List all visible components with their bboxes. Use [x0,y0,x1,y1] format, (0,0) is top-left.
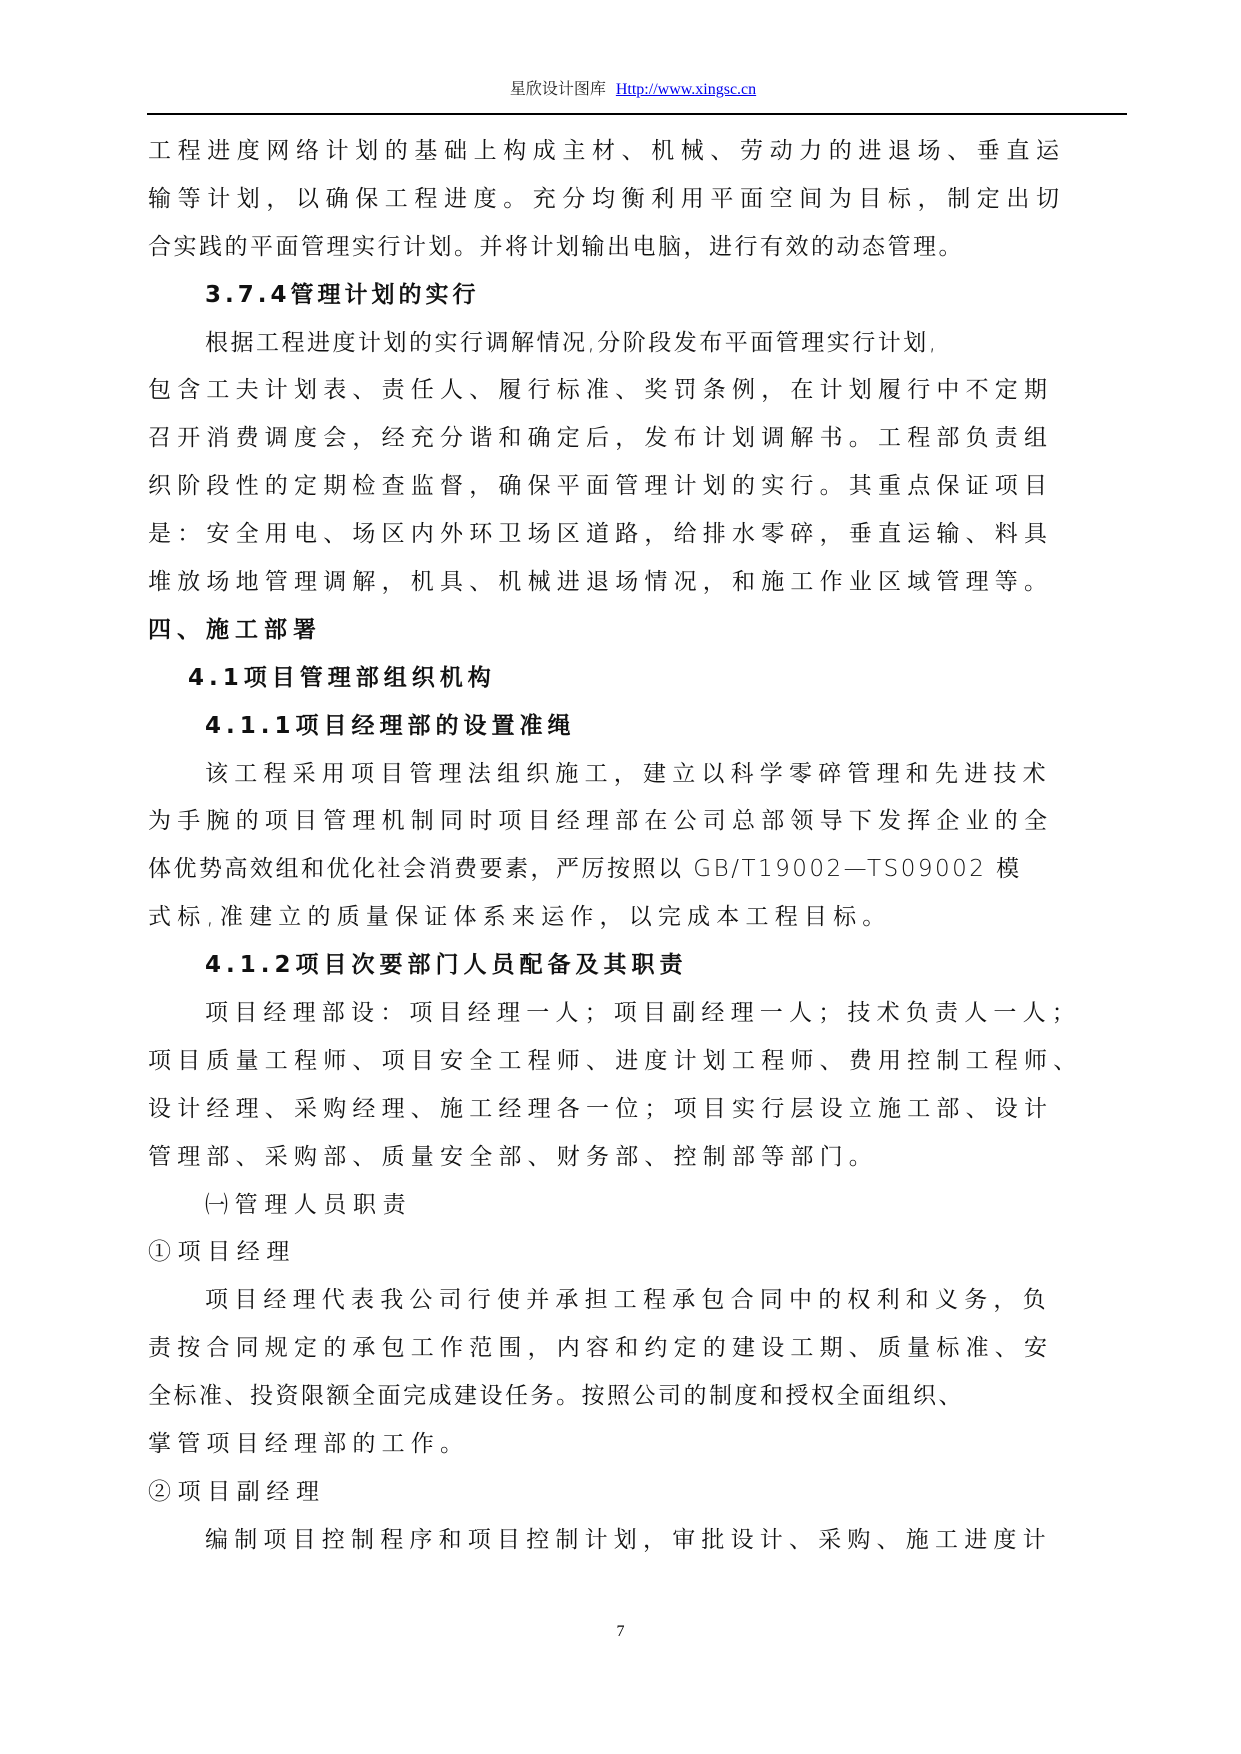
paragraph-line: 体优势高效组和优化社会消费要素，严厉按照以 GB/T19002—TS09002 … [148,846,1123,894]
paragraph-line: 是：安全用电、场区内外环卫场区道路，给排水零碎，垂直运输、料具 [148,511,1123,559]
paragraph-line: 掌管项目经理部的工作。 [148,1421,1123,1469]
page-header: 星欣设计图库 Http://www.xingsc.cn [133,80,1133,100]
paragraph-line: 根据工程进度计划的实行调解情况,分阶段发布平面管理实行计划, [148,320,1123,368]
chapter-heading: 四、施工部署 [148,607,1123,655]
section-heading-4-1-2: 4.1.2项目次要部门人员配备及其职责 [148,942,1123,990]
subheading-management-duties: ㈠管理人员职责 [148,1182,1123,1230]
paragraph-line: 工程进度网络计划的基础上构成主材、机械、劳动力的进退场、垂直运 [148,128,1123,176]
section-heading-3-7-4: 3.7.4管理计划的实行 [148,272,1123,320]
header-divider [147,113,1127,115]
paragraph-line: 输等计划，以确保工程进度。充分均衡利用平面空间为目标，制定出切 [148,176,1123,224]
document-body: 工程进度网络计划的基础上构成主材、机械、劳动力的进退场、垂直运 输等计划，以确保… [148,128,1123,1565]
site-url-link[interactable]: Http://www.xingsc.cn [616,81,756,98]
paragraph-line: 该工程采用项目管理法组织施工，建立以科学零碎管理和先进技术 [148,751,1123,799]
site-name: 星欣设计图库 [510,81,606,98]
paragraph-line: 织阶段性的定期检查监督，确保平面管理计划的实行。其重点保证项目 [148,463,1123,511]
paragraph-line: 设计经理、采购经理、施工经理各一位；项目实行层设立施工部、设计 [148,1086,1123,1134]
paragraph-line: 项目经理部设：项目经理一人；项目副经理一人；技术负责人一人； [148,990,1123,1038]
paragraph-line: 项目经理代表我公司行使并承担工程承包合同中的权利和义务，负 [148,1277,1123,1325]
paragraph-line: 责按合同规定的承包工作范围，内容和约定的建设工期、质量标准、安 [148,1325,1123,1373]
paragraph-line: 全标准、投资限额全面完成建设任务。按照公司的制度和授权全面组织、 [148,1373,1123,1421]
paragraph-line: 管理部、采购部、质量安全部、财务部、控制部等部门。 [148,1134,1123,1182]
paragraph-line: 编制项目控制程序和项目控制计划，审批设计、采购、施工进度计 [148,1517,1123,1565]
paragraph-line: 合实践的平面管理实行计划。并将计划输出电脑，进行有效的动态管理。 [148,224,1123,272]
paragraph-line: 式标,准建立的质量保证体系来运作，以完成本工程目标。 [148,894,1123,942]
list-item-deputy-manager: ②项目副经理 [148,1469,1123,1517]
paragraph-line: 为手腕的项目管理机制同时项目经理部在公司总部领导下发挥企业的全 [148,798,1123,846]
paragraph-line: 召开消费调度会，经充分谐和确定后，发布计划调解书。工程部负责组 [148,415,1123,463]
paragraph-line: 项目质量工程师、项目安全工程师、进度计划工程师、费用控制工程师、 [148,1038,1123,1086]
paragraph-line: 包含工夫计划表、责任人、履行标准、奖罚条例，在计划履行中不定期 [148,367,1123,415]
list-item-project-manager: ①项目经理 [148,1229,1123,1277]
section-heading-4-1-1: 4.1.1项目经理部的设置准绳 [148,703,1123,751]
paragraph-line: 堆放场地管理调解，机具、机械进退场情况，和施工作业区域管理等。 [148,559,1123,607]
section-heading-4-1: 4.1项目管理部组织机构 [148,655,1123,703]
page-number: 7 [0,1623,1241,1641]
